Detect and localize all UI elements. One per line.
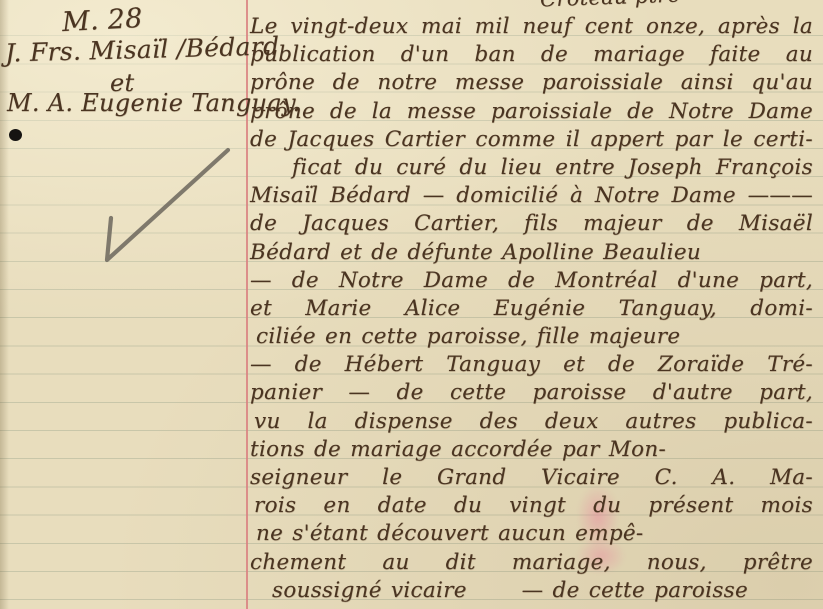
act-line: Misaïl Bédard — domicilié à Notre Dame —… — [250, 182, 813, 210]
register-page: Croteau ptre M. 28 J. Frs. Misaïl /Bédar… — [0, 0, 823, 609]
act-line: ficat du curé du lieu entre Joseph Franç… — [250, 154, 813, 182]
act-line: seigneur le Grand Vicaire C. A. Ma- — [250, 464, 813, 492]
act-body-text: Le vingt-deux mai mil neuf cent onze, ap… — [250, 13, 813, 605]
act-line: — de Hébert Tanguay et de Zoraïde Tré- — [250, 351, 813, 379]
act-line: panier — de cette paroisse d'autre part, — [250, 379, 813, 407]
act-line: de Jacques Cartier, fils majeur de Misaë… — [250, 210, 813, 238]
act-line: chement au dit mariage, nous, prêtre — [250, 549, 813, 577]
hole-punch-dot — [9, 129, 22, 141]
act-line: ne s'étant découvert aucun empê- — [250, 520, 813, 548]
act-line: Bédard et de défunte Apolline Beaulieu — [250, 239, 813, 267]
act-line: — de Notre Dame de Montréal d'une part, — [250, 267, 813, 295]
act-line: publication d'un ban de mariage faite au — [250, 41, 813, 69]
act-line: ciliée en cette paroisse, fille majeure — [250, 323, 813, 351]
act-line: prône de la messe paroissiale de Notre D… — [250, 98, 813, 126]
act-line: tions de mariage accordée par Mon- — [250, 436, 813, 464]
act-line: Le vingt-deux mai mil neuf cent onze, ap… — [250, 13, 813, 41]
previous-entry-signature: Croteau ptre — [540, 0, 681, 11]
act-line: vu la dispense des deux autres publica- — [250, 408, 813, 436]
act-line: prône de notre messe paroissiale ainsi q… — [250, 69, 813, 97]
margin-groom-name: J. Frs. Misaïl /Bédard — [5, 31, 280, 67]
act-line: soussigné vicaire — de cette paroisse — [250, 577, 813, 605]
record-number: M. 28 — [61, 3, 143, 38]
act-line: et Marie Alice Eugénie Tanguay, domi- — [250, 295, 813, 323]
act-line: rois en date du vingt du présent mois — [250, 492, 813, 520]
act-line: de Jacques Cartier comme il appert par l… — [250, 126, 813, 154]
